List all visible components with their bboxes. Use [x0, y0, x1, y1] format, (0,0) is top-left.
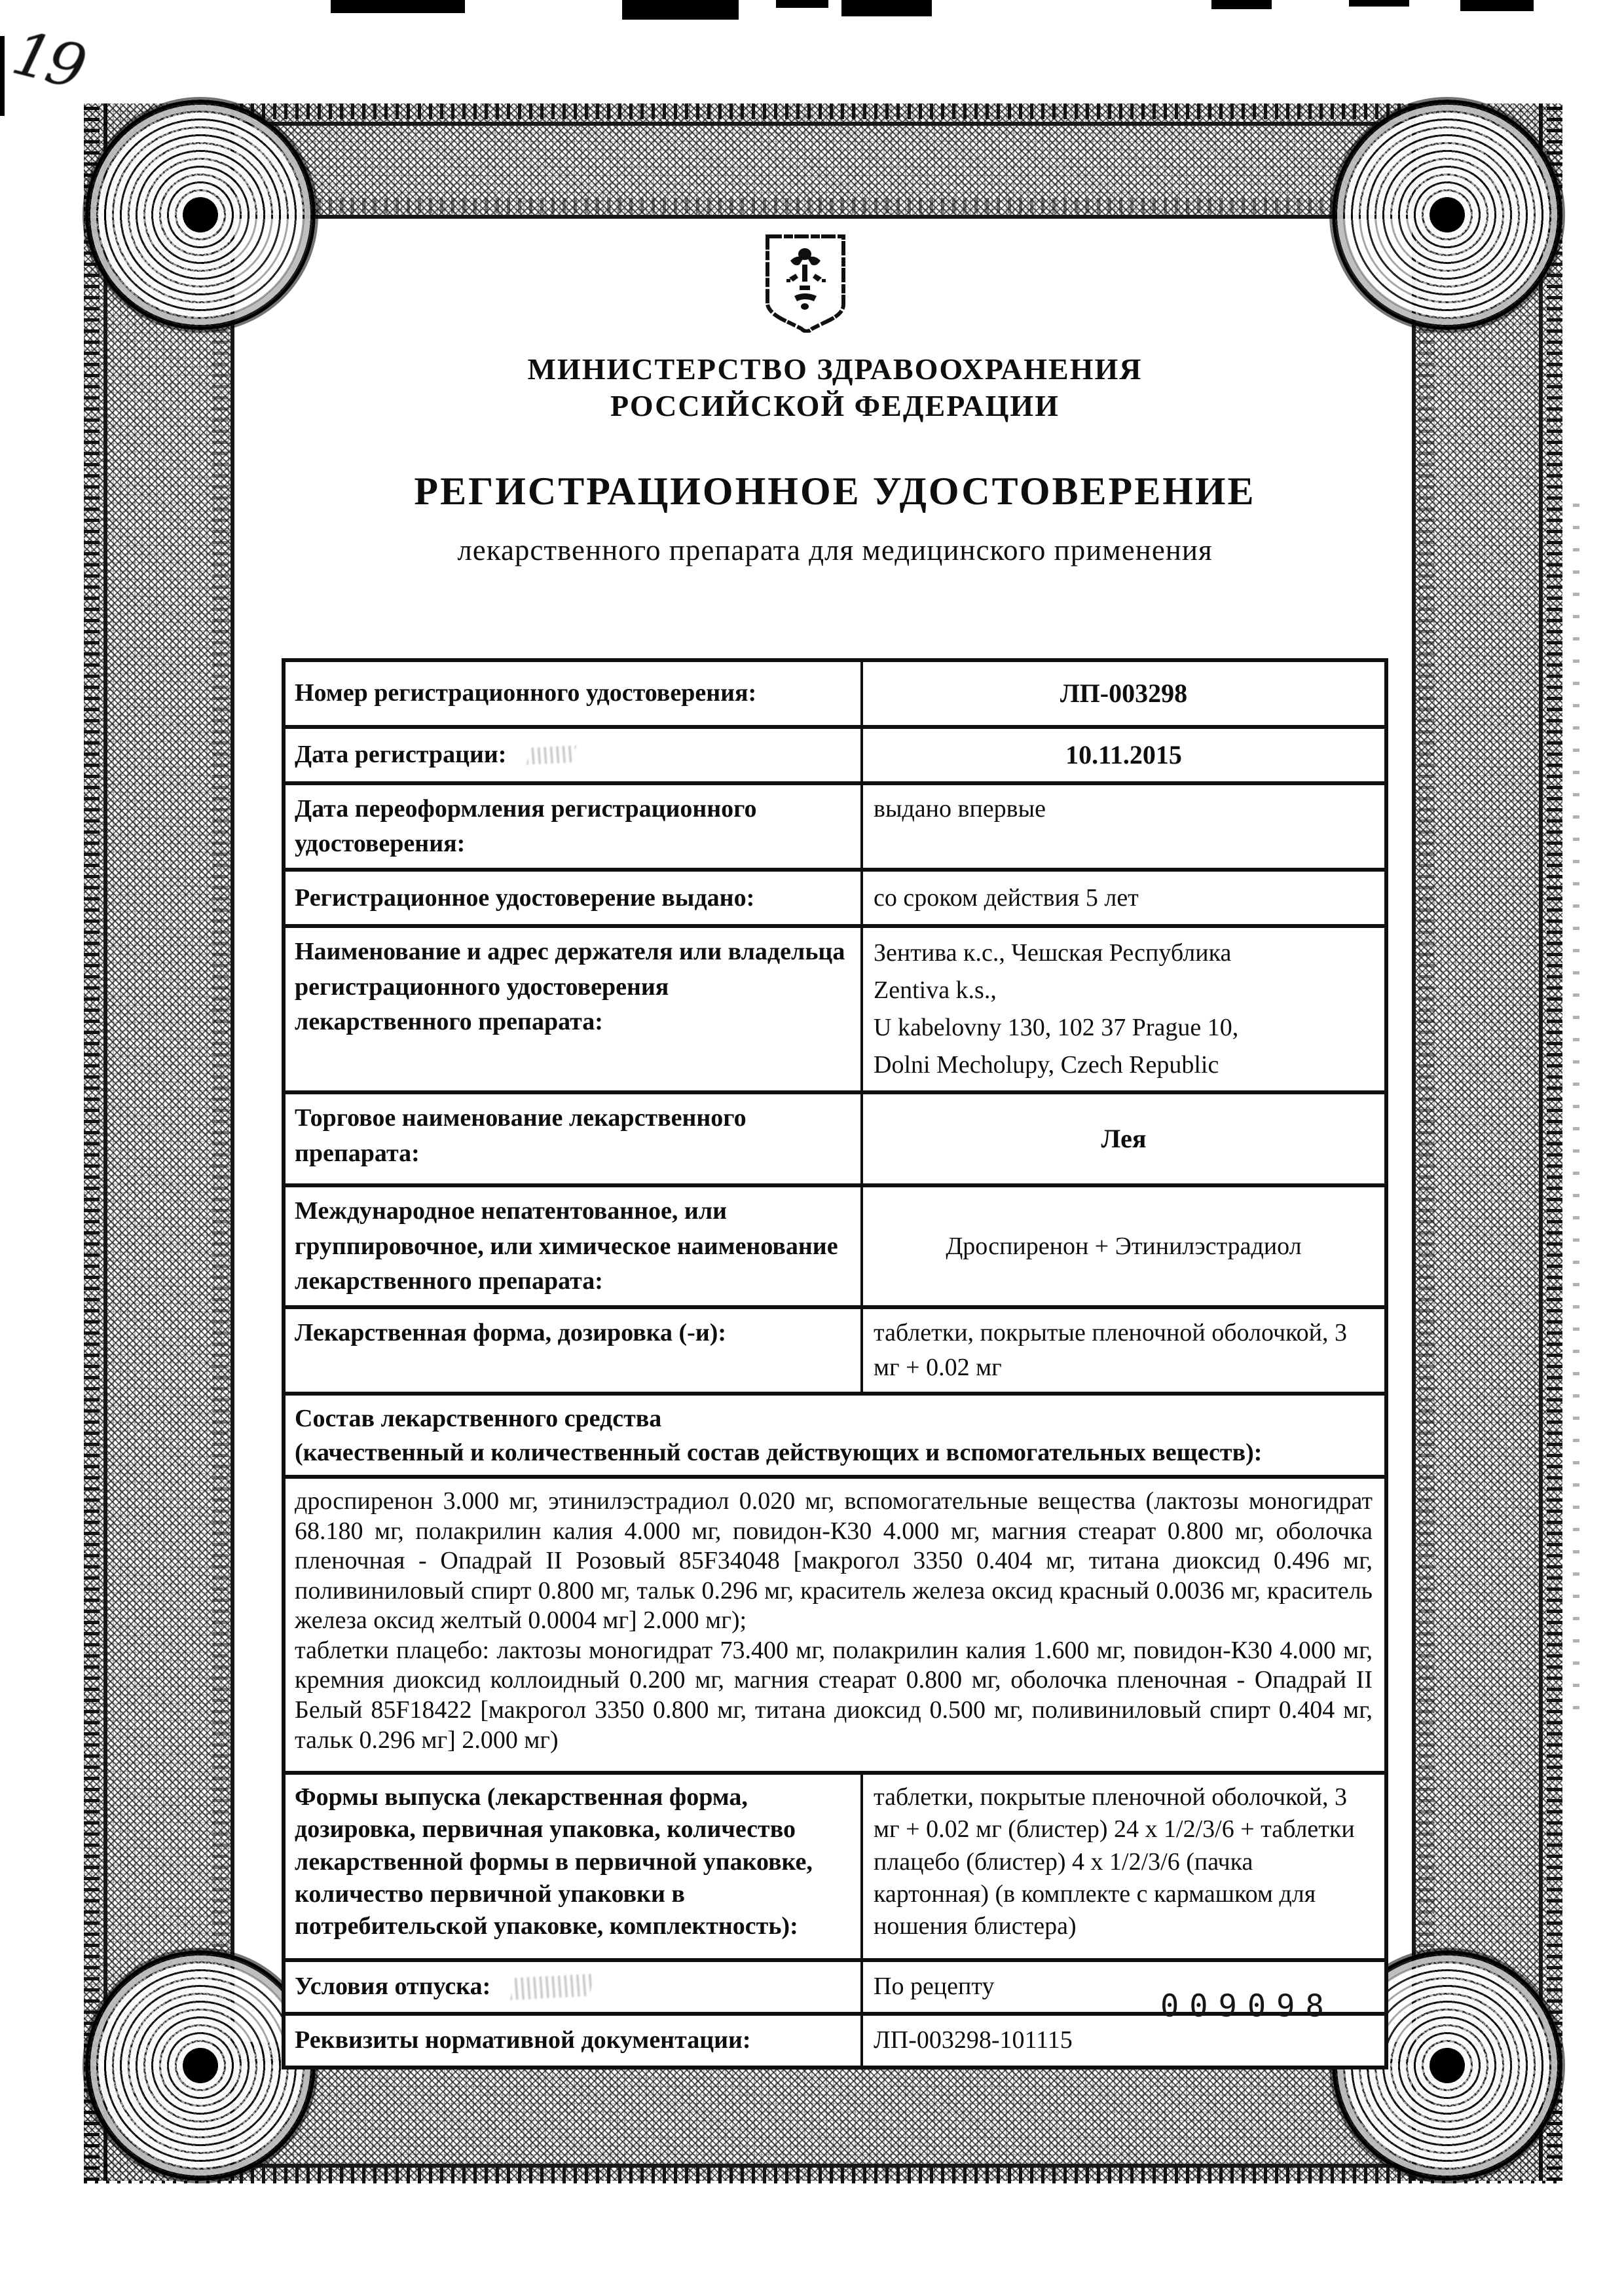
- row-label: Наименование и адрес держателя или владе…: [286, 928, 863, 1090]
- serial-number: 009098: [1160, 1988, 1335, 2024]
- row-value: Зентива к.с., Чешская Республика Zentiva…: [863, 928, 1384, 1090]
- row-label: Дата переоформления регистрационного удо…: [286, 785, 863, 868]
- composition-header: Состав лекарственного средства (качестве…: [286, 1392, 1384, 1475]
- border-band-left: [84, 103, 234, 2181]
- document-title: РЕГИСТРАЦИОННОЕ УДОСТОВЕРЕНИЕ: [282, 469, 1388, 514]
- document-subtitle: лекарственного препарата для медицинског…: [249, 533, 1421, 567]
- coat-of-arms-icon: [762, 233, 849, 333]
- row-value: Дроспиренон + Этинилэстрадиол: [863, 1187, 1384, 1305]
- corner-rosette-top-right: [1332, 100, 1562, 330]
- row-label: Международное непатентованное, или групп…: [286, 1187, 863, 1305]
- row-label: Регистрационное удостоверение выдано:: [286, 872, 863, 924]
- stamp-smudge: [526, 745, 576, 765]
- composition-title: Состав лекарственного средства: [295, 1402, 1374, 1436]
- table-row: Формы выпуска (лекарственная форма, дози…: [286, 1771, 1384, 1958]
- row-label: Дата регистрации:: [286, 729, 863, 781]
- composition-body: дроспиренон 3.000 мг, этинилэстрадиол 0.…: [286, 1475, 1384, 1771]
- row-value: 10.11.2015: [863, 729, 1384, 781]
- row-value: ЛП-003298: [863, 662, 1384, 725]
- row-label: Лекарственная форма, дозировка (-и):: [286, 1309, 863, 1392]
- row-label: Номер регистрационного удостоверения:: [286, 662, 863, 725]
- table-row: Дата переоформления регистрационного удо…: [286, 781, 1384, 868]
- table-row: Наименование и адрес держателя или владе…: [286, 924, 1384, 1090]
- certificate-page: 19: [0, 0, 1624, 2281]
- scan-noise-right: [1573, 498, 1579, 1709]
- corner-rosette-top-left: [85, 100, 316, 330]
- row-value: выдано впервые: [863, 785, 1384, 868]
- row-value: таблетки, покрытые пленочной оболочкой, …: [863, 1309, 1384, 1392]
- table-row: Дата регистрации: 10.11.2015: [286, 725, 1384, 781]
- table-row: Лекарственная форма, дозировка (-и): таб…: [286, 1305, 1384, 1392]
- row-label: Реквизиты нормативной документации:: [286, 2016, 863, 2066]
- table-row: Регистрационное удостоверение выдано: со…: [286, 868, 1384, 924]
- row-value: таблетки, покрытые пленочной оболочкой, …: [863, 1775, 1384, 1958]
- registration-table: Номер регистрационного удостоверения: ЛП…: [282, 658, 1388, 2069]
- ministry-line2: РОССИЙСКОЙ ФЕДЕРАЦИИ: [282, 388, 1388, 424]
- ministry-name: МИНИСТЕРСТВО ЗДРАВООХРАНЕНИЯ РОССИЙСКОЙ …: [282, 351, 1388, 424]
- handwritten-page-number: 19: [6, 18, 90, 102]
- composition-subtitle: (качественный и количественный состав де…: [295, 1436, 1374, 1470]
- composition-paragraph: дроспиренон 3.000 мг, этинилэстрадиол 0.…: [295, 1487, 1373, 1636]
- row-label: Условия отпуска:: [286, 1962, 863, 2012]
- border-band-right: [1412, 103, 1562, 2181]
- stamp-smudge: [510, 1974, 594, 2000]
- table-row: Номер регистрационного удостоверения: ЛП…: [286, 662, 1384, 725]
- table-row: Международное непатентованное, или групп…: [286, 1183, 1384, 1305]
- row-value: со сроком действия 5 лет: [863, 872, 1384, 924]
- composition-paragraph: таблетки плацебо: лактозы моногидрат 73.…: [295, 1636, 1373, 1755]
- ministry-line1: МИНИСТЕРСТВО ЗДРАВООХРАНЕНИЯ: [282, 351, 1388, 388]
- row-label: Торговое наименование лекарственного пре…: [286, 1094, 863, 1183]
- row-label: Формы выпуска (лекарственная форма, дози…: [286, 1775, 863, 1958]
- table-row: Торговое наименование лекарственного пре…: [286, 1090, 1384, 1183]
- row-value: Лея: [863, 1094, 1384, 1183]
